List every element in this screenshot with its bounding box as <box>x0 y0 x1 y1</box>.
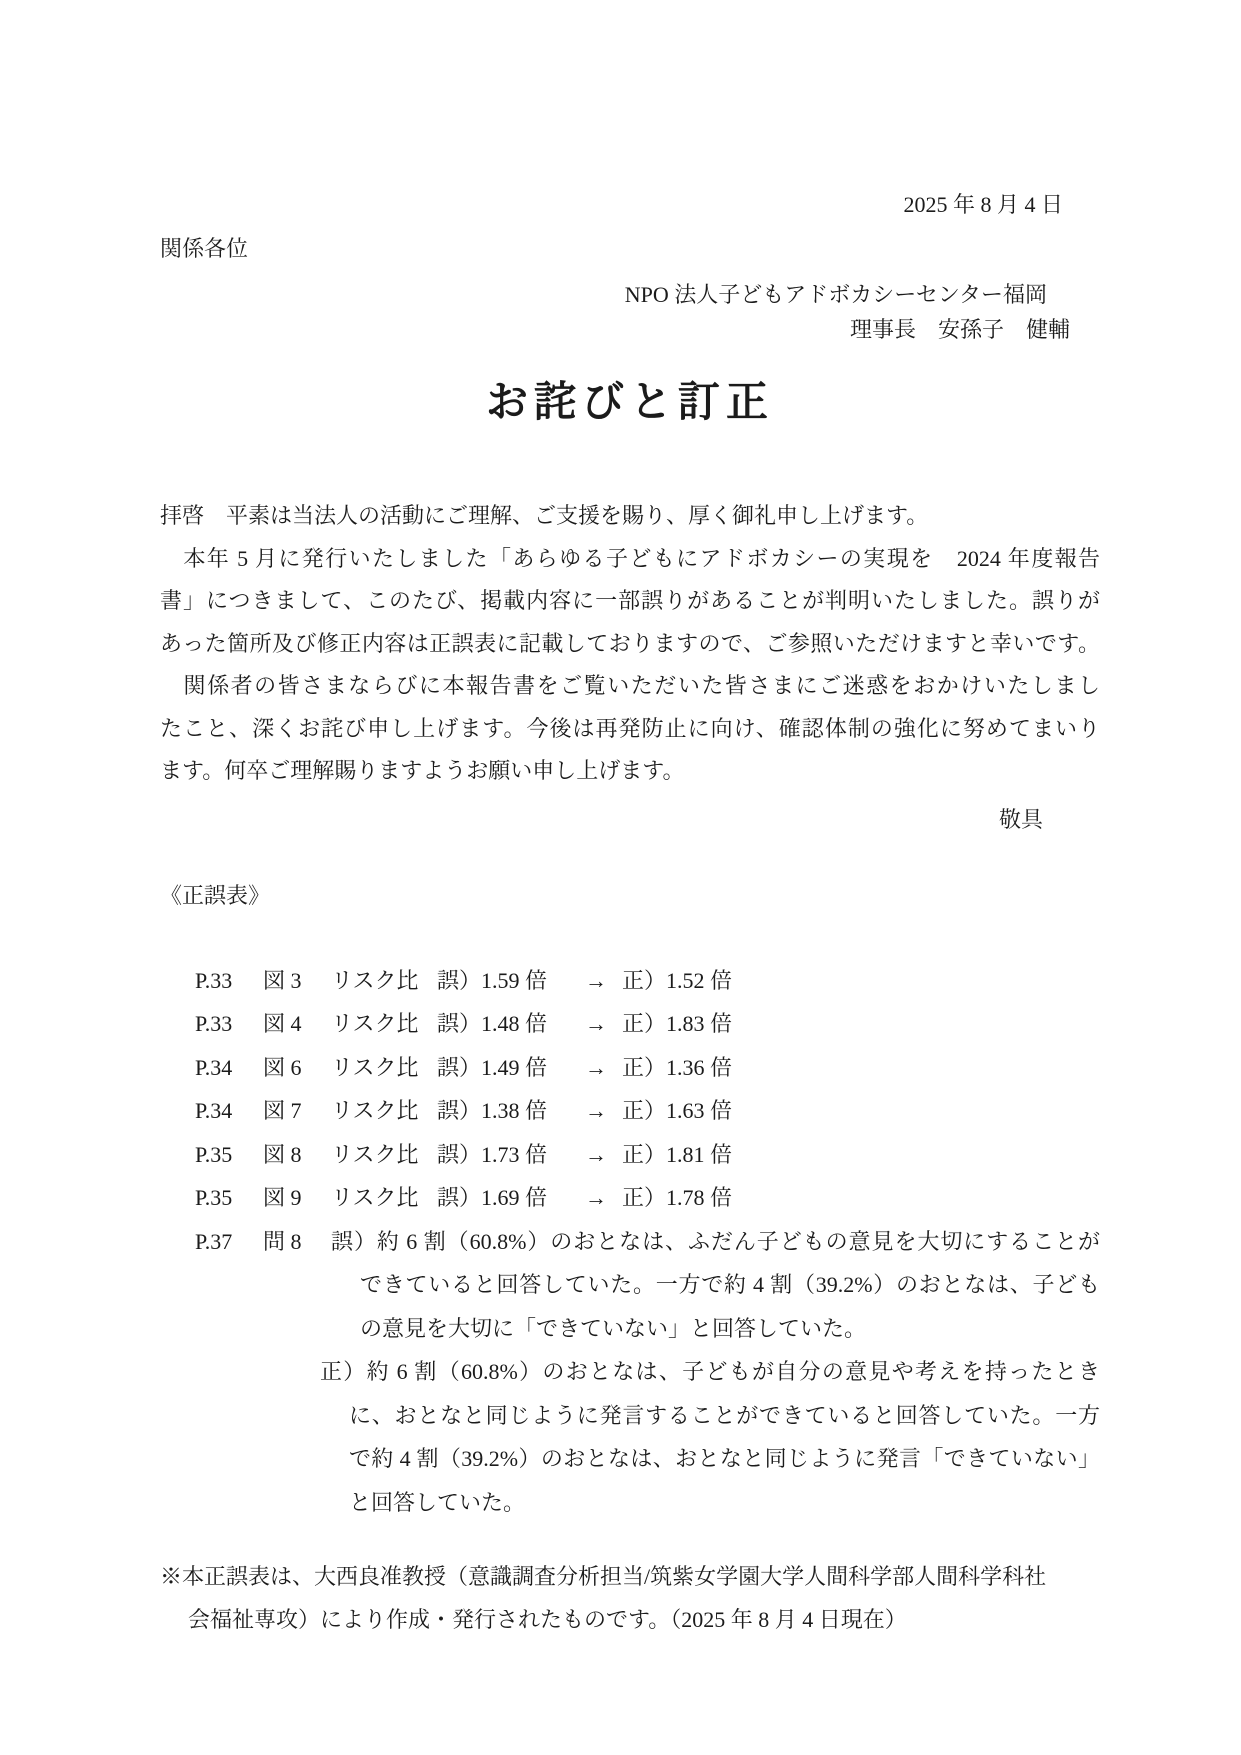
errata-page: P.35 <box>195 1133 263 1177</box>
body-line: あった箇所及び修正内容は正誤表に記載しておりますので、ご参照いただけますと幸いで… <box>160 623 1100 666</box>
errata-row: P.34 図 7 リスク比 誤）1.38 倍 → 正）1.63 倍 <box>195 1089 1100 1133</box>
errata-wrong-value: 誤）1.73 倍 <box>437 1133 585 1177</box>
errata-wrong-value: 誤）1.59 倍 <box>437 959 585 1003</box>
q8-wrong-line: の意見を大切に「できていない」と回答していた。 <box>360 1307 1100 1351</box>
body-line: 本年 5 月に発行いたしました「あらゆる子どもにアドボカシーの実現を 2024 … <box>160 538 1100 581</box>
document-date: 2025 年 8 月 4 日 <box>160 190 1063 220</box>
q8-correct-line: に、おとなと同じように発言することができていると回答していた。一方 <box>349 1394 1100 1438</box>
errata-table: P.33 図 3 リスク比 誤）1.59 倍 → 正）1.52 倍 P.33 図… <box>195 959 1100 1525</box>
body-line: ます。何卒ご理解賜りますようお願い申し上げます。 <box>160 750 1100 793</box>
errata-page: P.34 <box>195 1089 263 1133</box>
errata-page: P.33 <box>195 1002 263 1046</box>
arrow-icon: → <box>585 1046 622 1090</box>
errata-correct-value: 正）1.83 倍 <box>622 1002 732 1046</box>
errata-item: リスク比 <box>331 1089 437 1133</box>
arrow-icon: → <box>585 1176 622 1220</box>
body-line: 拝啓 平素は当法人の活動にご理解、ご支援を賜り、厚く御礼申し上げます。 <box>160 495 1100 538</box>
body-line: たこと、深くお詫び申し上げます。今後は再発防止に向け、確認体制の強化に努めてまい… <box>160 708 1100 751</box>
q8-wrong-line: できていると回答していた。一方で約 4 割（39.2%）のおとなは、子ども <box>360 1263 1100 1307</box>
signer-name: 理事長 安孫子 健輔 <box>160 315 1070 345</box>
errata-row: P.35 図 9 リスク比 誤）1.69 倍 → 正）1.78 倍 <box>195 1176 1100 1220</box>
errata-item: リスク比 <box>331 1046 437 1090</box>
errata-correct-value: 正）1.36 倍 <box>622 1046 732 1090</box>
errata-row: P.33 図 4 リスク比 誤）1.48 倍 → 正）1.83 倍 <box>195 1002 1100 1046</box>
q8-correct-line: 正）約 6 割（60.8%）のおとなは、子どもが自分の意見や考えを持ったとき <box>320 1350 1100 1394</box>
errata-correct-value: 正）1.81 倍 <box>622 1133 732 1177</box>
errata-row: P.35 図 8 リスク比 誤）1.73 倍 → 正）1.81 倍 <box>195 1133 1100 1177</box>
q8-correct-line: と回答していた。 <box>349 1481 1100 1525</box>
footnote-line: 会福祉専攻）により作成・発行されたものです。（2025 年 8 月 4 日現在） <box>188 1599 1100 1642</box>
arrow-icon: → <box>585 1133 622 1177</box>
errata-wrong-value: 誤）1.48 倍 <box>437 1002 585 1046</box>
errata-row: P.34 図 6 リスク比 誤）1.49 倍 → 正）1.36 倍 <box>195 1046 1100 1090</box>
arrow-icon: → <box>585 959 622 1003</box>
organization-name: NPO 法人子どもアドボカシーセンター福岡 <box>160 280 1047 310</box>
errata-item: リスク比 <box>331 1133 437 1177</box>
errata-figure: 図 4 <box>263 1002 331 1046</box>
page-title: お詫びと訂正 <box>160 375 1100 431</box>
errata-heading: 《正誤表》 <box>160 881 1100 911</box>
errata-row: P.33 図 3 リスク比 誤）1.59 倍 → 正）1.52 倍 <box>195 959 1100 1003</box>
errata-wrong-value: 誤）1.38 倍 <box>437 1089 585 1133</box>
body-line: 関係者の皆さまならびに本報告書をご覧いただいた皆さまにご迷惑をおかけいたしまし <box>160 665 1100 708</box>
errata-figure: 図 6 <box>263 1046 331 1090</box>
body-line: 書」につきまして、このたび、掲載内容に一部誤りがあることが判明いたしました。誤り… <box>160 580 1100 623</box>
arrow-icon: → <box>585 1002 622 1046</box>
errata-correct-value: 正）1.52 倍 <box>622 959 732 1003</box>
closing-keigu: 敬具 <box>160 805 1043 835</box>
errata-correct-value: 正）1.63 倍 <box>622 1089 732 1133</box>
errata-wrong-value: 誤）1.49 倍 <box>437 1046 585 1090</box>
errata-figure: 図 9 <box>263 1176 331 1220</box>
errata-page: P.34 <box>195 1046 263 1090</box>
errata-figure: 図 7 <box>263 1089 331 1133</box>
arrow-icon: → <box>585 1089 622 1133</box>
recipient: 関係各位 <box>160 234 1100 264</box>
errata-figure: 図 3 <box>263 959 331 1003</box>
errata-item: リスク比 <box>331 959 437 1003</box>
errata-item: リスク比 <box>331 1176 437 1220</box>
footnote-line: ※本正誤表は、大西良准教授（意識調査分析担当/筑紫女学園大学人間科学部人間科学科… <box>160 1556 1100 1599</box>
apology-letter-page: 2025 年 8 月 4 日 関係各位 NPO 法人子どもアドボカシーセンター福… <box>0 0 1241 1755</box>
errata-item: リスク比 <box>331 1002 437 1046</box>
errata-page: P.37 <box>195 1220 263 1264</box>
errata-page: P.35 <box>195 1176 263 1220</box>
errata-correct-value: 正）1.78 倍 <box>622 1176 732 1220</box>
errata-page: P.33 <box>195 959 263 1003</box>
q8-correct-line: で約 4 割（39.2%）のおとなは、おとなと同じように発言「できていない」 <box>349 1437 1100 1481</box>
errata-question: 問 8 <box>263 1220 331 1264</box>
footnote: ※本正誤表は、大西良准教授（意識調査分析担当/筑紫女学園大学人間科学部人間科学科… <box>160 1556 1100 1641</box>
errata-figure: 図 8 <box>263 1133 331 1177</box>
errata-wrong-value: 誤）1.69 倍 <box>437 1176 585 1220</box>
letter-body: 拝啓 平素は当法人の活動にご理解、ご支援を賜り、厚く御礼申し上げます。 本年 5… <box>160 495 1100 793</box>
q8-wrong-line: 誤）約 6 割（60.8%）のおとなは、ふだん子どもの意見を大切にすることが <box>331 1220 1100 1264</box>
errata-row-q8: P.37 問 8 誤）約 6 割（60.8%）のおとなは、ふだん子どもの意見を大… <box>195 1220 1100 1264</box>
